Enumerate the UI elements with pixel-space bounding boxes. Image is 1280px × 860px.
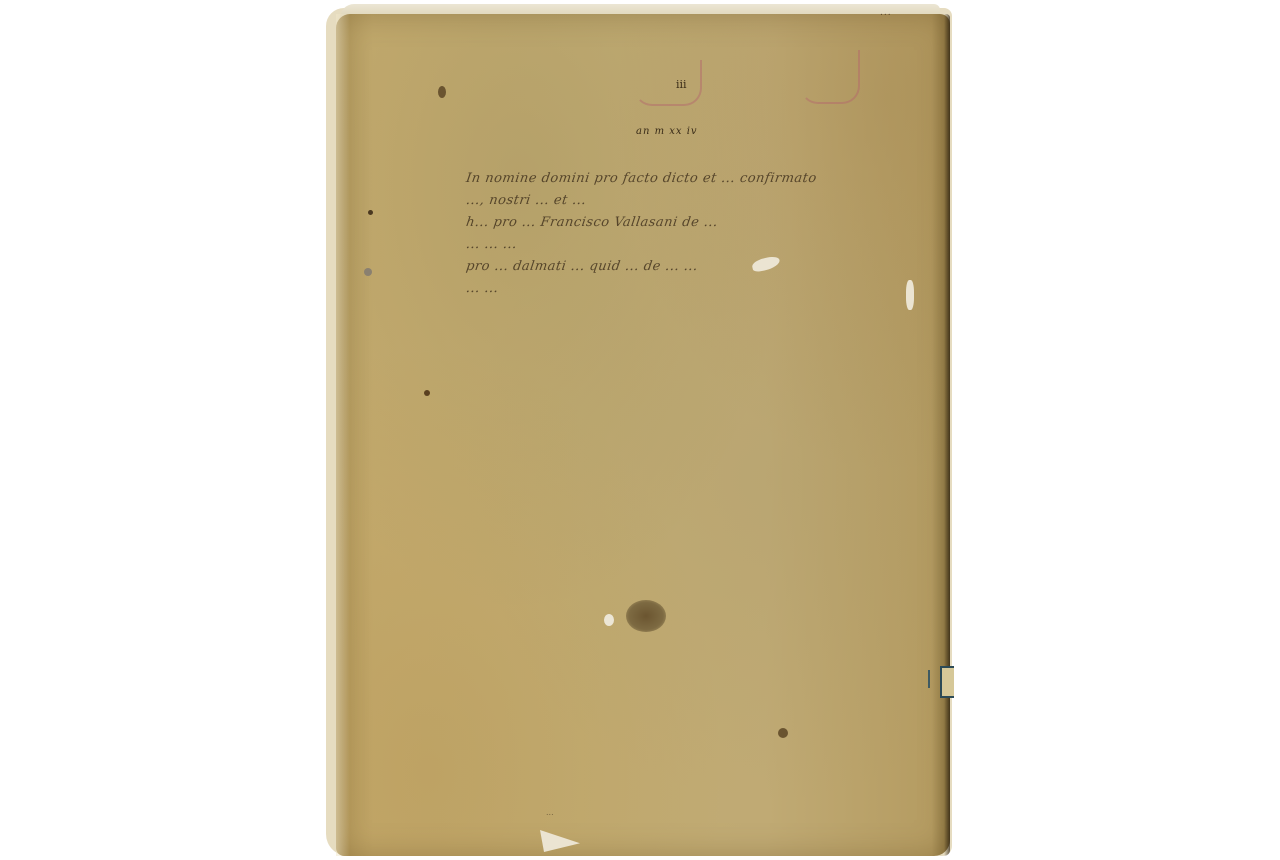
bottom-note: ... xyxy=(546,808,554,817)
tab-marker xyxy=(940,666,954,698)
parchment-hole xyxy=(604,614,614,626)
manuscript-text-block: In nomine domini pro facto dicto et ... … xyxy=(466,168,916,300)
stain-spot xyxy=(368,210,373,215)
folio-mark: ... xyxy=(880,8,892,18)
stain-spot xyxy=(424,390,430,396)
image-stage: ... iii an m xx iv In nomine domini pro … xyxy=(0,0,1280,860)
text-line: ... ... ... xyxy=(464,234,917,256)
stain-spot xyxy=(438,86,446,98)
text-line: h... pro ... Francisco Vallasani de ... xyxy=(464,212,917,234)
rubric-flourish xyxy=(634,60,702,106)
text-line: ..., nostri ... et ... xyxy=(464,190,917,212)
left-fold xyxy=(336,14,350,856)
text-line: In nomine domini pro facto dicto et ... … xyxy=(464,168,917,190)
tab-mark-line xyxy=(928,670,930,688)
text-line: pro ... dalmati ... quid ... de ... ... xyxy=(464,256,917,278)
parchment-tear xyxy=(906,280,914,310)
parchment-leaf xyxy=(336,14,950,856)
spine-shadow xyxy=(944,14,950,856)
text-line: ... ... xyxy=(464,278,917,300)
stain-spot xyxy=(778,728,788,738)
heading-text: an m xx iv xyxy=(636,126,698,137)
rubric-flourish xyxy=(800,50,860,104)
header-numeral: iii xyxy=(676,78,687,91)
stain-spot xyxy=(364,268,372,276)
ink-stain xyxy=(626,600,666,632)
